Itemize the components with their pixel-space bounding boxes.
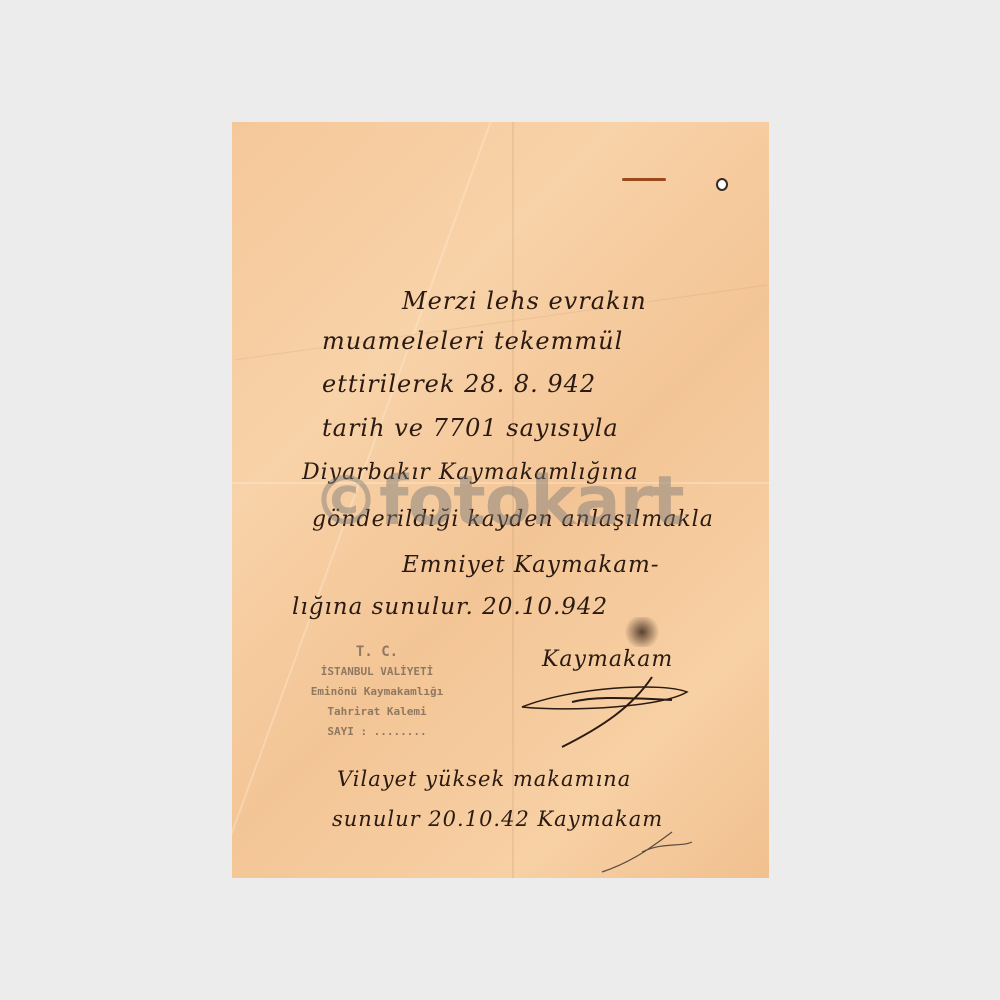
ink-blot — [622, 617, 662, 647]
official-stamp: T. C. İSTANBUL VALİYETİ Eminönü Kaymakam… — [292, 642, 462, 742]
stamp-line: SAYI : ........ — [292, 722, 462, 742]
rust-mark — [622, 178, 666, 181]
footer-line: Vilayet yüksek makamına — [337, 767, 631, 791]
stamp-line: Eminönü Kaymakamlığı — [292, 682, 462, 702]
handwritten-line: ettirilerek 28. 8. 942 — [322, 370, 596, 398]
handwritten-line: muameleleri tekemmül — [322, 327, 623, 355]
stamp-line: T. C. — [292, 642, 462, 662]
handwritten-line: Emniyet Kaymakam- — [402, 552, 660, 578]
punch-hole — [716, 178, 728, 191]
handwritten-line: tarih ve 7701 sayısıyla — [322, 414, 619, 442]
watermark: ©fotokart — [312, 462, 684, 541]
stamp-line: Tahrirat Kalemi — [292, 702, 462, 722]
document-page: Merzi lehs evrakın muameleleri tekemmül … — [232, 122, 769, 878]
handwritten-line: lığına sunulur. 20.10.942 — [292, 594, 608, 620]
footer-signature — [592, 822, 712, 878]
signature-scribble — [512, 667, 712, 757]
handwritten-line: Merzi lehs evrakın — [402, 287, 647, 315]
stamp-line: İSTANBUL VALİYETİ — [292, 662, 462, 682]
